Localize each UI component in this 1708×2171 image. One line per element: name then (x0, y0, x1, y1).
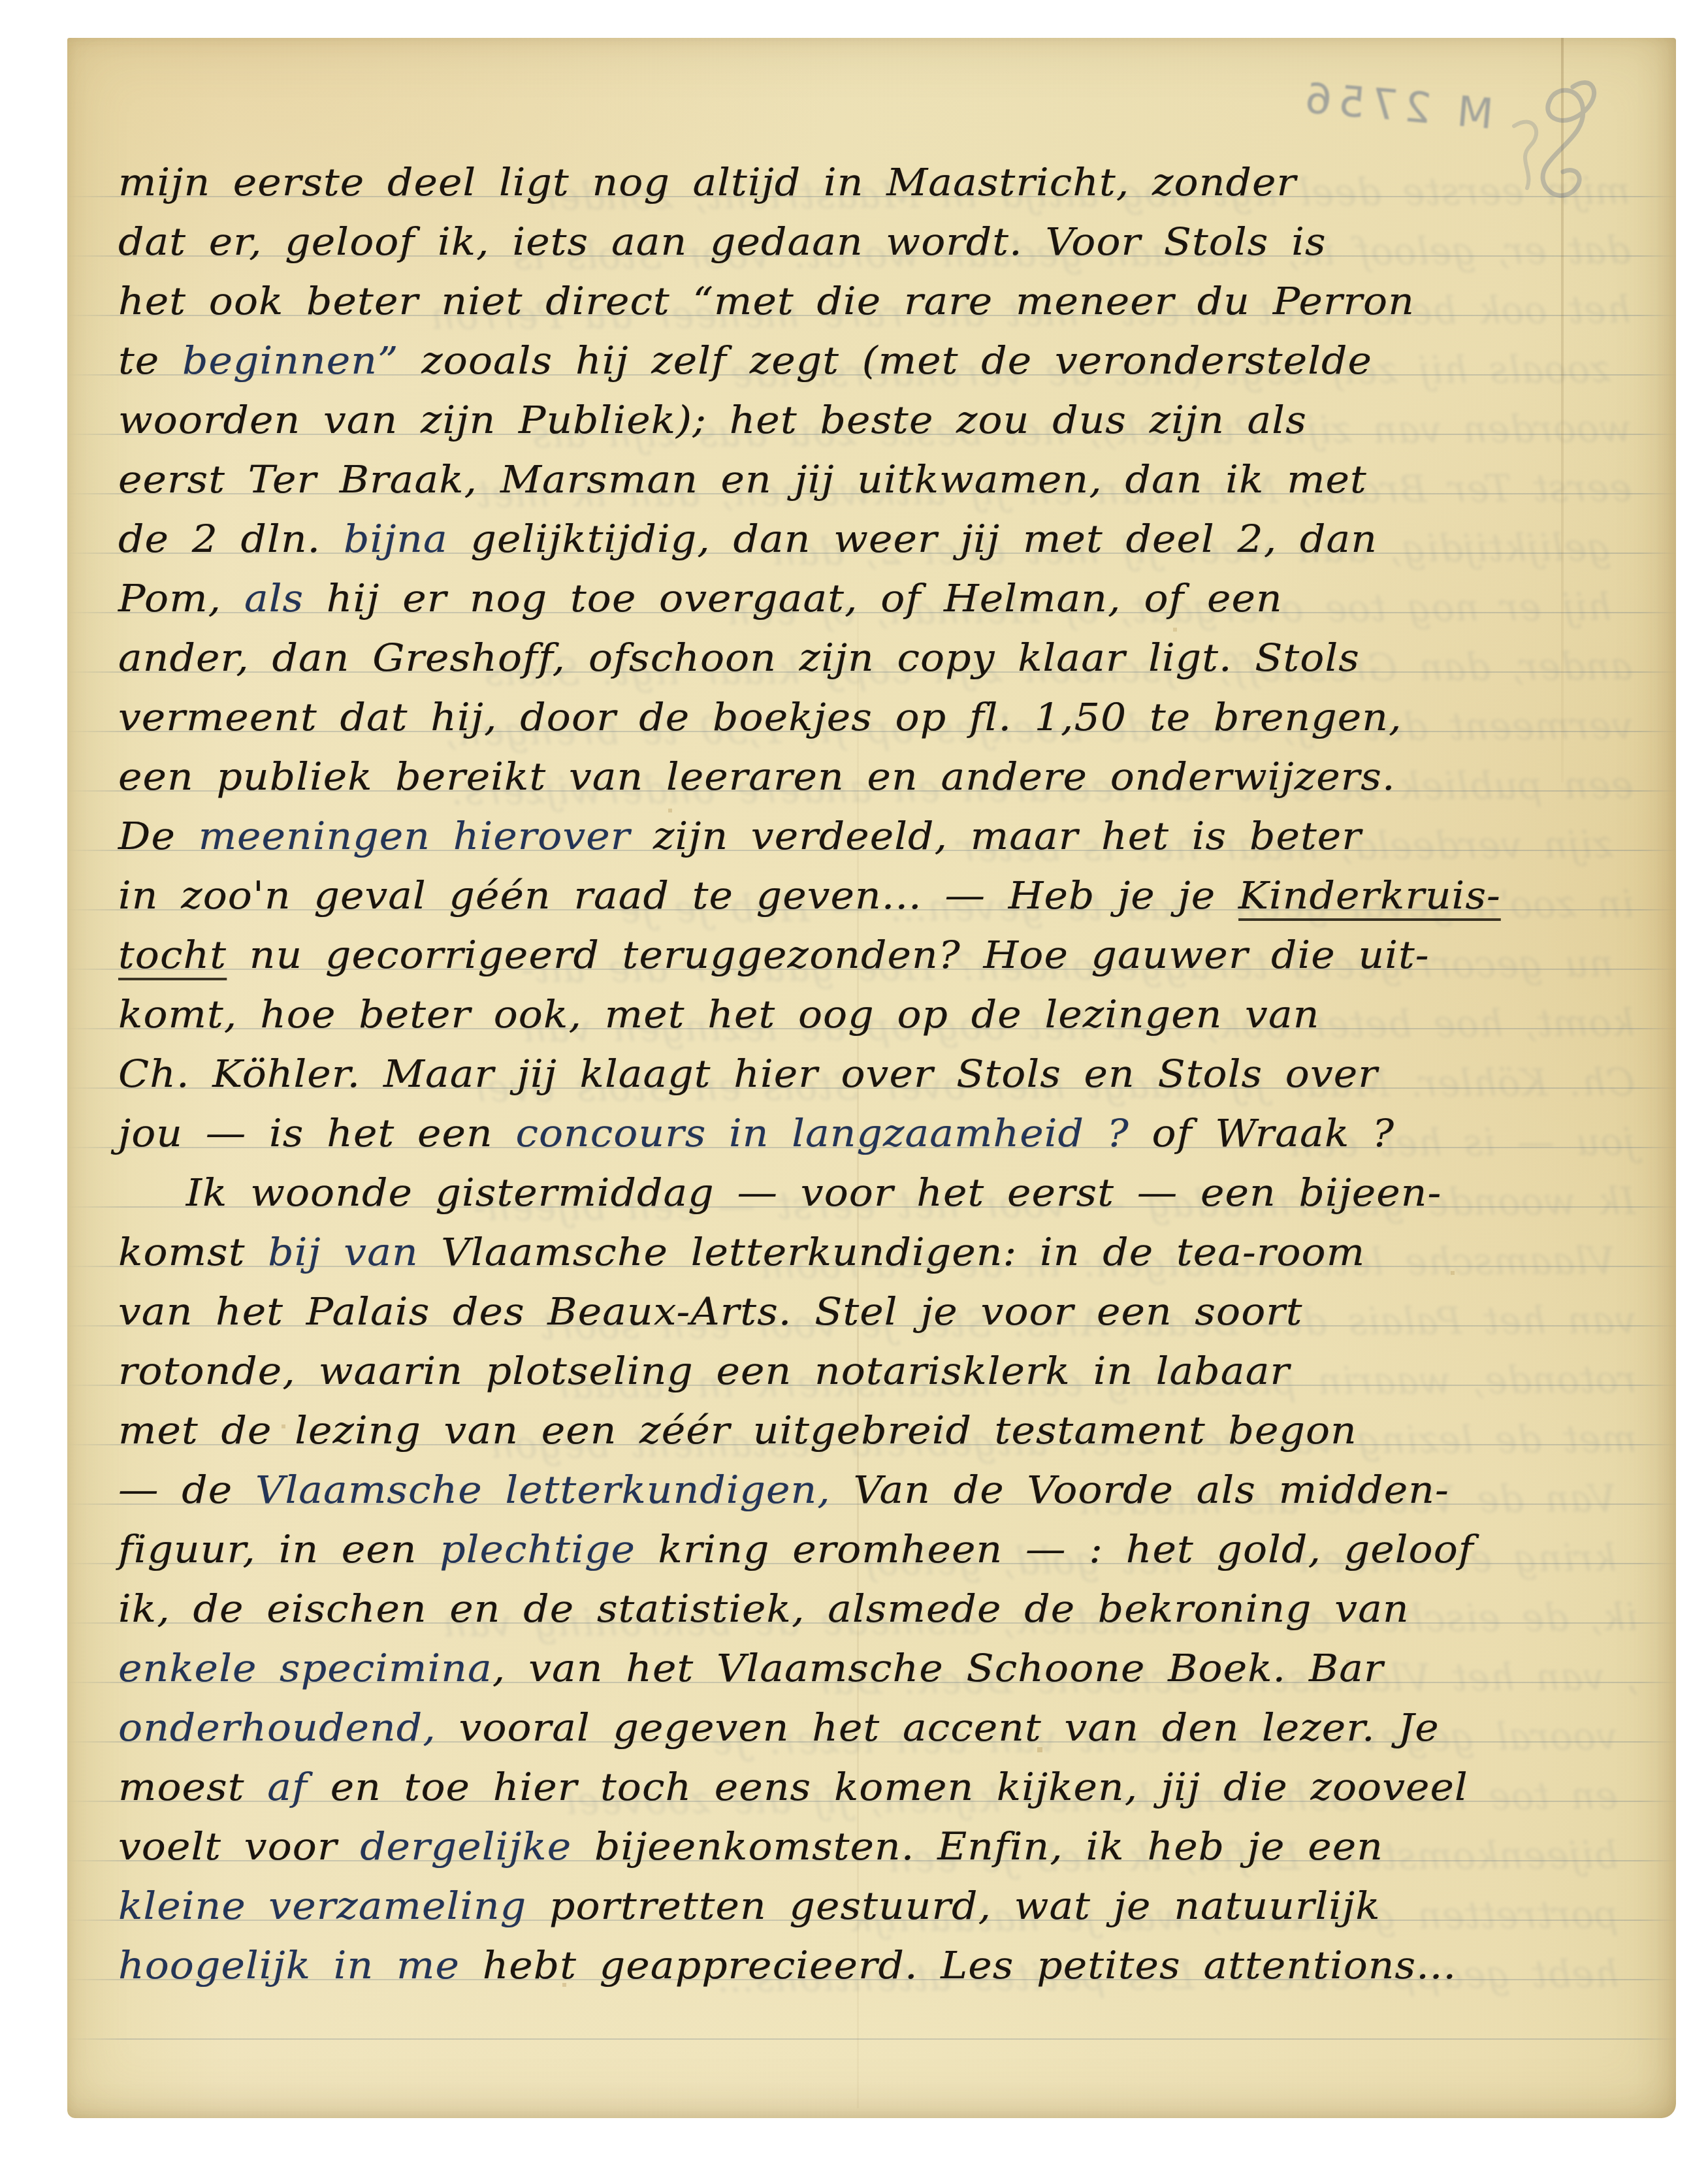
letter-line: Ch. Köhler. Maar jij klaagt hier over St… (118, 1045, 1670, 1104)
underlined-title-fragment: Kinderkruis- (1238, 875, 1501, 921)
text-run: vooral gegeven het accent van den lezer.… (436, 1707, 1440, 1750)
letter-line: tocht nu gecorrigeerd teruggezonden? Hoe… (118, 926, 1670, 986)
letter-line: vermeent dat hij, door de boekjes op fl.… (118, 688, 1670, 748)
letter-line: onderhoudend, vooral gegeven het accent … (118, 1699, 1670, 1758)
blue-ink-retouch: dergelijke (360, 1825, 572, 1869)
text-run: hij er nog toe overgaat, of Helman, of e… (304, 577, 1283, 620)
blue-ink-retouch: Vlaamsche letterkundigen, (255, 1469, 831, 1512)
blue-ink-retouch: hoogelijk in me (118, 1944, 460, 1987)
blue-ink-retouch: af (267, 1766, 308, 1809)
letter-line: figuur, in een plechtige kring eromheen … (118, 1520, 1670, 1580)
letter-line: de 2 dln. bijna gelijktijdig, dan weer j… (118, 510, 1670, 570)
text-run: en toe hier toch eens komen kijken, jij … (308, 1766, 1468, 1809)
letter-text: mijn eerste deel ligt nog altijd in Maas… (118, 153, 1670, 1996)
blue-ink-retouch: enkele specimina (118, 1647, 492, 1690)
text-run: vermeent dat hij, door de boekjes op fl.… (118, 696, 1402, 739)
letter-line: van het Palais des Beaux-Arts. Stel je v… (118, 1283, 1670, 1342)
letter-line: moest af en toe hier toch eens komen kij… (118, 1758, 1670, 1818)
text-run: bijeenkomsten. Enfin, ik heb je een (572, 1825, 1383, 1869)
letter-line: ander, dan Greshoff, ofschoon zijn copy … (118, 629, 1670, 688)
letter-line: enkele specimina, van het Vlaamsche Scho… (118, 1639, 1670, 1699)
text-run: kring eromheen — : het gold, geloof (636, 1528, 1474, 1571)
blue-ink-retouch: beginnen” (182, 340, 399, 383)
text-run: moest (118, 1766, 267, 1809)
text-run: in zoo'n geval géén raad te geven... — H… (118, 875, 1238, 918)
text-run: — de (118, 1469, 255, 1512)
text-run: van het Palais des Beaux-Arts. Stel je v… (118, 1291, 1303, 1334)
blue-ink-retouch: bijna (344, 518, 448, 561)
letter-line: — de Vlaamsche letterkundigen, Van de Vo… (118, 1461, 1670, 1520)
letter-line: De meeningen hierover zijn verdeeld, maa… (118, 807, 1670, 867)
text-run: te (118, 340, 182, 383)
blue-ink-retouch: plechtige (440, 1528, 636, 1571)
letter-line: komt, hoe beter ook, met het oog op de l… (118, 986, 1670, 1045)
blue-ink-retouch: meeningen hierover (199, 815, 631, 858)
text-run: Ch. Köhler. Maar jij klaagt hier over St… (118, 1053, 1378, 1096)
text-run: voelt voor (118, 1825, 360, 1869)
text-run: met de lezing van een zéér uitgebreid te… (118, 1409, 1357, 1453)
blue-ink-retouch: onderhoudend, (118, 1707, 436, 1750)
letter-line: mijn eerste deel ligt nog altijd in Maas… (118, 153, 1670, 213)
text-run: ander, dan Greshoff, ofschoon zijn copy … (118, 637, 1360, 680)
text-run: rotonde, waarin plotseling een notariskl… (118, 1350, 1290, 1393)
text-run: figuur, in een (118, 1528, 440, 1571)
text-run: gelijktijdig, dan weer jij met deel 2, d… (448, 518, 1378, 561)
scan-canvas: { "theme": { "scan_background": "#ffffff… (0, 0, 1708, 2171)
text-run: Van de Voorde als midden- (831, 1469, 1449, 1512)
text-run: De (118, 815, 199, 858)
letter-line: Pom, als hij er nog toe overgaat, of Hel… (118, 570, 1670, 629)
letter-line: ik, de eischen en de statistiek, alsmede… (118, 1580, 1670, 1639)
blue-ink-retouch: kleine verzameling (118, 1885, 526, 1928)
blue-ink-retouch: als (244, 577, 304, 620)
blue-ink-retouch: bij van (268, 1231, 418, 1274)
letter-line: met de lezing van een zéér uitgebreid te… (118, 1402, 1670, 1461)
text-run: of Wraak ? (1129, 1112, 1394, 1155)
letter-line: kleine verzameling portretten gestuurd, … (118, 1877, 1670, 1937)
archive-number-stamp: M 2756 (1297, 74, 1495, 139)
text-run: eerst Ter Braak, Marsman en jij uitkwame… (118, 458, 1367, 502)
text-run: Ik woonde gistermiddag — voor het eerst … (186, 1172, 1442, 1215)
text-run: nu gecorrigeerd teruggezonden? Hoe gauwe… (227, 934, 1430, 977)
letter-line: komst bij van Vlaamsche letterkundigen: … (118, 1223, 1670, 1283)
text-run: komt, hoe beter ook, met het oog op de l… (118, 993, 1319, 1037)
text-run: Pom, (118, 577, 244, 620)
letter-line: een publiek bereikt van leeraren en ande… (118, 748, 1670, 807)
text-run: Vlaamsche letterkundigen: in de tea-room (419, 1231, 1366, 1274)
letter-line: jou — is het een concours in langzaamhei… (118, 1104, 1670, 1164)
underlined-title-fragment: tocht (118, 934, 227, 980)
letter-line: te beginnen” zooals hij zelf zegt (met d… (118, 332, 1670, 391)
text-run: komst (118, 1231, 268, 1274)
text-run: een publiek bereikt van leeraren en ande… (118, 756, 1396, 799)
text-run: de 2 dln. (118, 518, 344, 561)
text-run: het ook beter niet direct “met die rare … (118, 280, 1415, 323)
letter-line: woorden van zijn Publiek); het beste zou… (118, 391, 1670, 451)
letter-line: hoogelijk in me hebt geapprecieerd. Les … (118, 1937, 1670, 1996)
letter-line: dat er, geloof ik, iets aan gedaan wordt… (118, 213, 1670, 272)
text-run: ik, de eischen en de statistiek, alsmede… (118, 1588, 1410, 1631)
text-run: hebt geapprecieerd. Les petites attentio… (460, 1944, 1457, 1987)
letter-line: Ik woonde gistermiddag — voor het eerst … (118, 1164, 1670, 1223)
text-run: dat er, geloof ik, iets aan gedaan wordt… (118, 221, 1327, 264)
text-run: zijn verdeeld, maar het is beter (630, 815, 1361, 858)
text-run: portretten gestuurd, wat je natuurlijk (526, 1885, 1380, 1928)
text-run: jou — is het een (118, 1112, 515, 1155)
text-run: woorden van zijn Publiek); het beste zou… (118, 399, 1307, 442)
text-run: , van het Vlaamsche Schoone Boek. Bar (492, 1647, 1384, 1690)
letter-line: rotonde, waarin plotseling een notariskl… (118, 1342, 1670, 1402)
letter-line: voelt voor dergelijke bijeenkomsten. Enf… (118, 1818, 1670, 1877)
blue-ink-retouch: concours in langzaamheid ? (515, 1112, 1129, 1155)
letter-line: in zoo'n geval géén raad te geven... — H… (118, 867, 1670, 926)
paper-fibre-specks (67, 38, 69, 39)
text-run: mijn eerste deel ligt nog altijd in Maas… (118, 161, 1297, 204)
text-run: zooals hij zelf zegt (met de veronderste… (399, 340, 1372, 383)
letter-line: eerst Ter Braak, Marsman en jij uitkwame… (118, 451, 1670, 510)
letter-line: het ook beter niet direct “met die rare … (118, 272, 1670, 332)
letter-paper: mijn eerste deel ligt nog altijd in Maas… (67, 38, 1676, 2118)
